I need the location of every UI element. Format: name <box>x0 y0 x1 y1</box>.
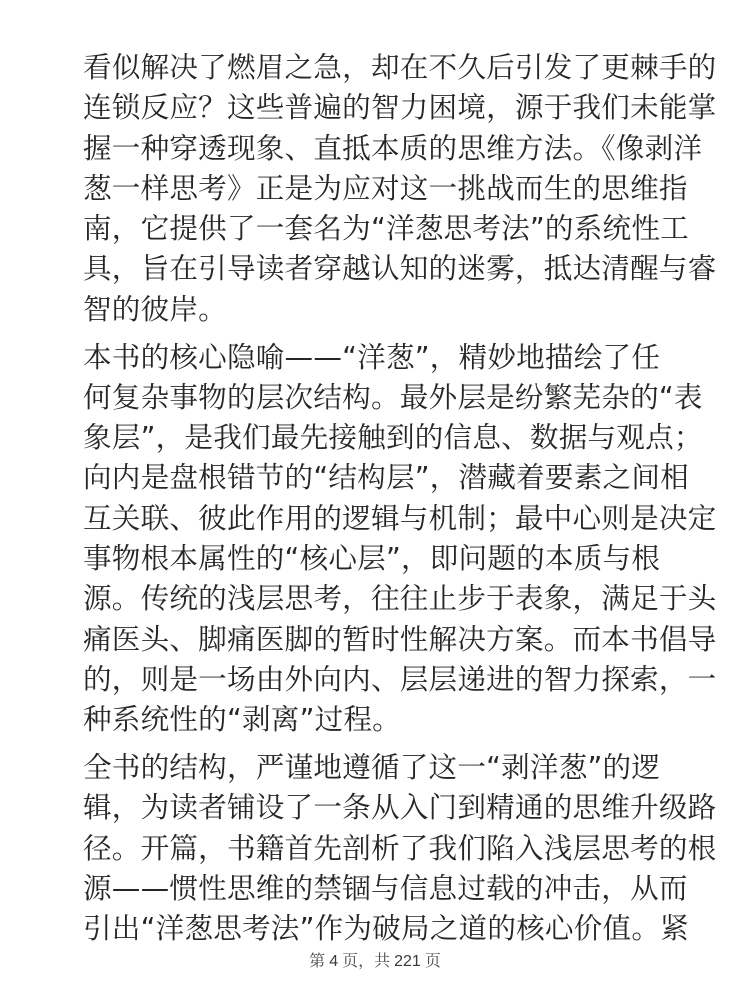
page-number-footer: 第4页，共221页 <box>0 950 750 973</box>
text-line: 痛医头、脚痛医脚的暂时性解决方案。而本书倡导 <box>83 619 673 659</box>
text-line: 握一种穿透现象、直抵本质的思维方法。《像剥洋 <box>83 128 673 168</box>
text-line: 引出“洋葱思考法”作为破局之道的核心价值。紧 <box>83 908 673 948</box>
text-line: 连锁反应？这些普遍的智力困境，源于我们未能掌 <box>83 87 673 127</box>
text-line: 互关联、彼此作用的逻辑与机制；最中心则是决定 <box>83 498 673 538</box>
text-line: 向内是盘根错节的“结构层”，潜藏着要素之间相 <box>83 457 673 497</box>
text-line: 葱一样思考》正是为应对这一挑战而生的思维指 <box>83 168 673 208</box>
text-line: 源。传统的浅层思考，往往止步于表象，满足于头 <box>83 578 673 618</box>
paragraph-3: 全书的结构，严谨地遵循了这一“剥洋葱”的逻 辑，为读者铺设了一条从入门到精通的思… <box>83 747 673 948</box>
text-line: 的，则是一场由外向内、层层递进的智力探索，一 <box>83 659 673 699</box>
page-label-suffix: 页 <box>425 951 441 970</box>
document-page: 看似解决了燃眉之急，却在不久后引发了更棘手的 连锁反应？这些普遍的智力困境，源于… <box>0 0 750 1000</box>
current-page-number: 4 <box>325 953 342 970</box>
page-body-text: 看似解决了燃眉之急，却在不久后引发了更棘手的 连锁反应？这些普遍的智力困境，源于… <box>83 47 673 956</box>
text-line: 全书的结构，严谨地遵循了这一“剥洋葱”的逻 <box>83 747 673 787</box>
text-line: 源——惯性思维的禁锢与信息过载的冲击，从而 <box>83 868 673 908</box>
text-line: 事物根本属性的“核心层”，即问题的本质与根 <box>83 538 673 578</box>
text-line: 象层”，是我们最先接触到的信息、数据与观点； <box>83 417 673 457</box>
page-label-prefix: 第 <box>309 951 325 970</box>
text-line: 具，旨在引导读者穿越认知的迷雾，抵达清醒与睿 <box>83 248 673 288</box>
text-line: 何复杂事物的层次结构。最外层是纷繁芜杂的“表 <box>83 377 673 417</box>
text-line: 看似解决了燃眉之急，却在不久后引发了更棘手的 <box>83 47 673 87</box>
text-line: 种系统性的“剥离”过程。 <box>83 699 673 739</box>
paragraph-1: 看似解决了燃眉之急，却在不久后引发了更棘手的 连锁反应？这些普遍的智力困境，源于… <box>83 47 673 329</box>
page-label-middle: 页，共 <box>342 951 390 970</box>
text-line: 本书的核心隐喻——“洋葱”，精妙地描绘了任 <box>83 337 673 377</box>
text-line: 南，它提供了一套名为“洋葱思考法”的系统性工 <box>83 208 673 248</box>
text-line: 辑，为读者铺设了一条从入门到精通的思维升级路 <box>83 787 673 827</box>
total-page-count: 221 <box>390 953 425 970</box>
text-line: 径。开篇，书籍首先剖析了我们陷入浅层思考的根 <box>83 828 673 868</box>
paragraph-2: 本书的核心隐喻——“洋葱”，精妙地描绘了任 何复杂事物的层次结构。最外层是纷繁芜… <box>83 337 673 740</box>
text-line: 智的彼岸。 <box>83 289 673 329</box>
